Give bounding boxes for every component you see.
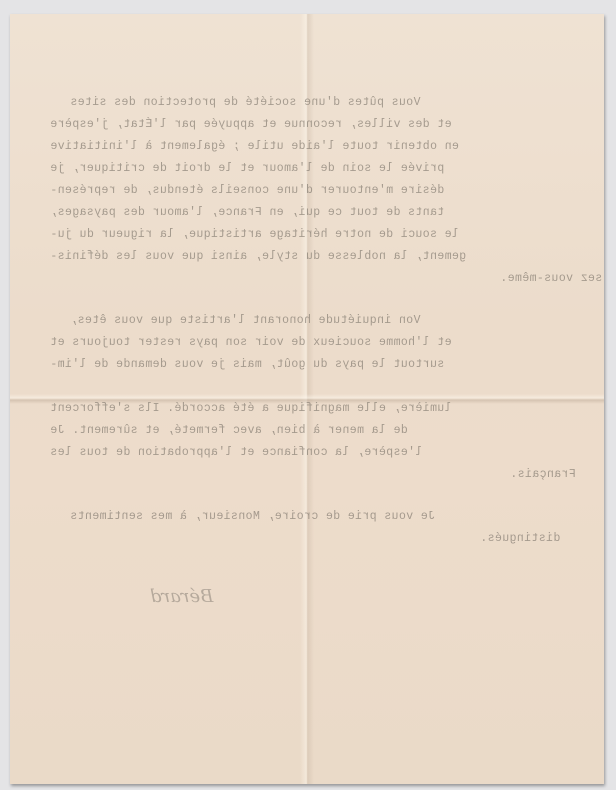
text-line: en obtenir toute l'aide utile ; égalemen… <box>50 140 459 153</box>
text-line: désire m'entourer d'une conseils étendus… <box>50 184 444 197</box>
text-line: tants de tout ce qui, en France, l'amour… <box>50 206 444 219</box>
signature: Bérard <box>150 586 213 607</box>
mirrored-text-block: Vous pûtes d'une société de protection d… <box>10 14 604 784</box>
text-line: de la mener à bien, avec fermeté, et sûr… <box>50 424 408 437</box>
text-line: lumière, elle magnifique a été accordé. … <box>50 402 452 415</box>
text-line: Français. <box>510 468 576 481</box>
text-line: et l'homme soucieux de voir son pays res… <box>50 336 452 349</box>
text-line: surtout le pays du goût, mais je vous de… <box>50 358 444 371</box>
text-line: privée le soin de l'amour et le droit de… <box>50 162 444 175</box>
text-line: gement, la noblesse du style, ainsi que … <box>50 250 466 263</box>
text-line: Je vous prie de croire, Monsieur, à mes … <box>70 510 435 523</box>
text-line: le souci de notre héritage artistique, l… <box>50 228 459 241</box>
text-line: Von inquiétude honorant l'artiste que vo… <box>70 314 420 327</box>
text-line: distingués. <box>480 532 560 545</box>
text-line: l'espère, la confiance et l'approbation … <box>50 446 422 459</box>
text-line: Vous pûtes d'une société de protection d… <box>70 96 420 109</box>
text-line: et des villes, reconnue et appuyée par l… <box>50 118 452 131</box>
letter-page: Vous pûtes d'une société de protection d… <box>10 14 604 784</box>
text-line: sez vous-même. <box>500 272 602 285</box>
